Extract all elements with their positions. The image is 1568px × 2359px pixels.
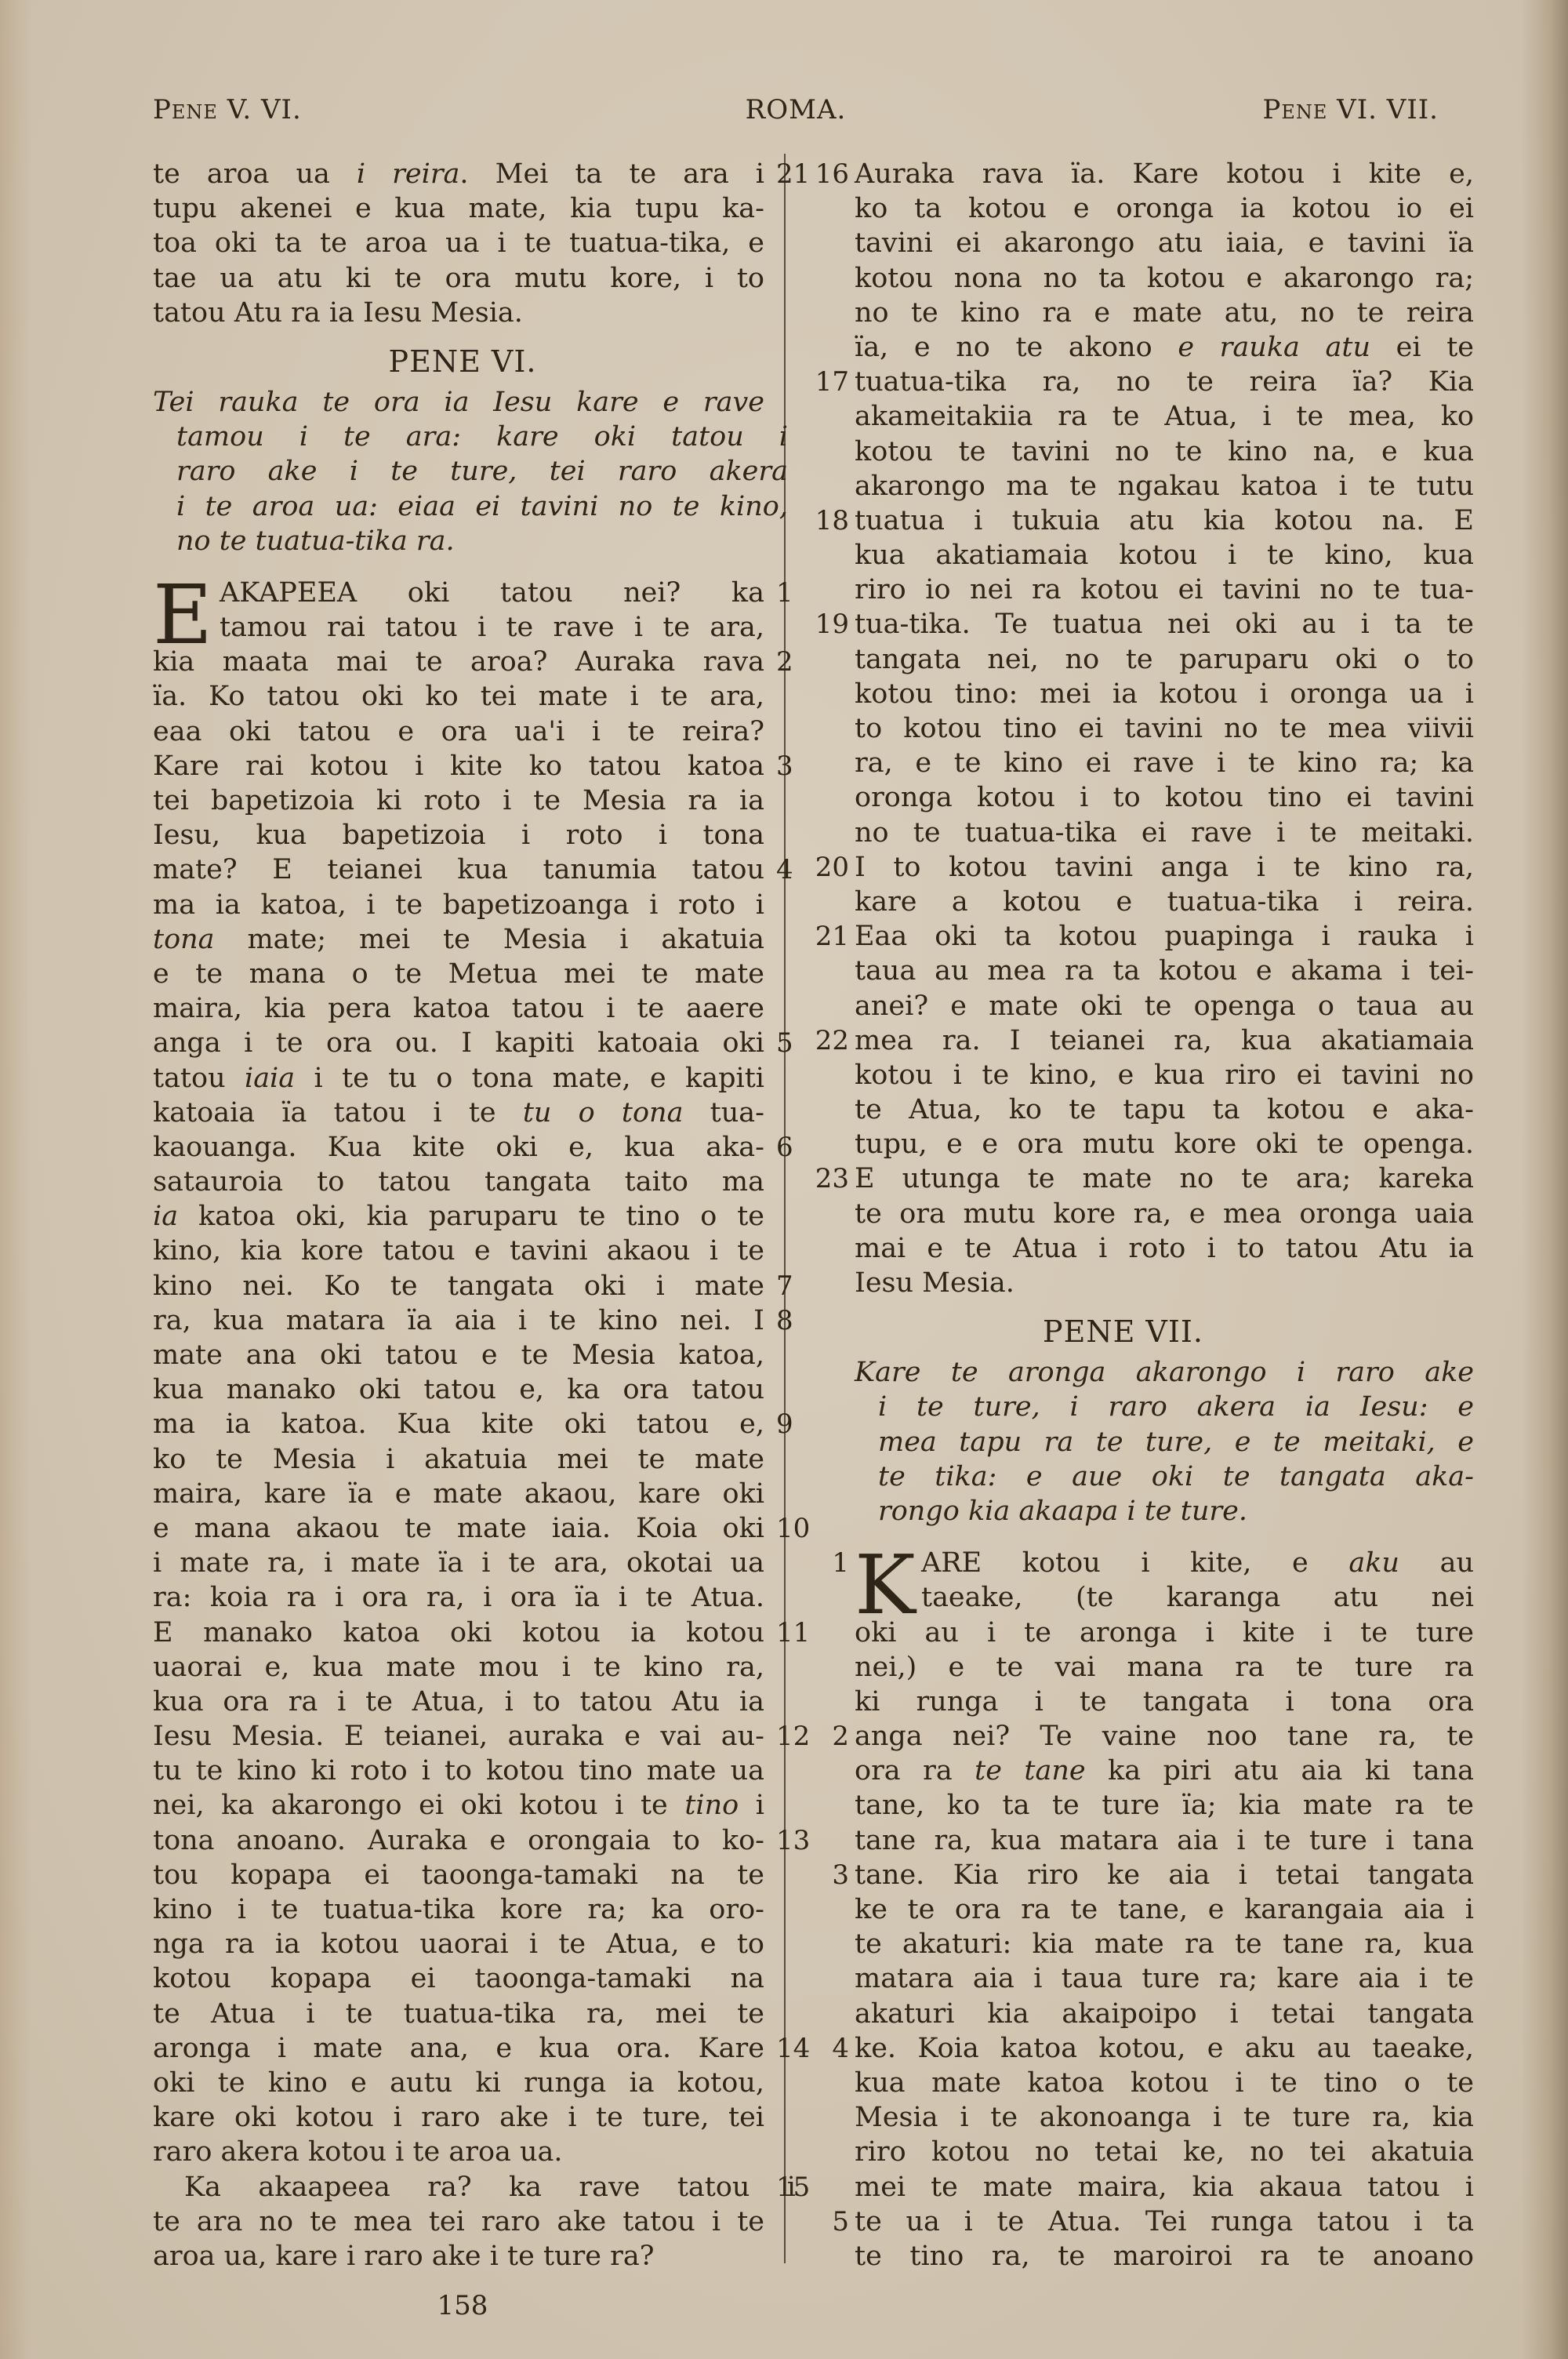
verse-number: 22 (806, 1023, 849, 1058)
text-line: uaorai e, kua mate mou i te kino ra, (153, 1650, 772, 1685)
text-line: te ora mutu kore ra, e mea oronga uaia (808, 1197, 1439, 1231)
text-line: ko te Mesia i akatuia mei te mate (153, 1442, 772, 1477)
text-line: te Atua, ko te tapu ta kotou e aka- (808, 1092, 1439, 1127)
text-line: I to kotou tavini anga i te kino ra,20 (808, 850, 1439, 885)
text-line: tona anoano. Auraka e orongaia to ko-13 (153, 1823, 772, 1858)
text-line: taua au mea ra ta kotou e akama i tei- (808, 954, 1439, 988)
page-number: 158 (153, 2290, 772, 2321)
text-line: kua ora ra i te Atua, i to tatou Atu ia (153, 1685, 772, 1719)
text-line: te aroa ua i reira. Mei ta te ara i21 (153, 157, 772, 191)
text-line: anei? e mate oki te openga o taua au (808, 989, 1439, 1023)
chapter-heading-7: PENE VII. (808, 1300, 1439, 1355)
summary-line: i te aroa ua: eiaa ei tavini no te kino, (153, 489, 772, 524)
book-page-spread: Pene V. VI. ROMA. Pene VI. VII. te aroa … (0, 0, 1568, 2359)
text-line: ïa. Ko tatou oki ko tei mate i te ara, (153, 679, 772, 714)
text-line: kotou i te kino, e kua riro ei tavini no (808, 1058, 1439, 1092)
text-line: kua manako oki tatou e, ka ora tatou (153, 1372, 772, 1407)
verse-number: 23 (806, 1161, 849, 1196)
text-line: kino, kia kore tatou e tavini akaou i te (153, 1234, 772, 1268)
text-line: kia maata mai te aroa? Auraka rava2 (153, 645, 772, 679)
chapter7-text: KARE kotou i kite, e aku au1taeake, (te … (808, 1546, 1439, 2274)
text-line: tane ra, kua matara aia i te ture i tana (808, 1823, 1439, 1858)
chapter7-summary: Kare te aronga akarongo i raro akei te t… (808, 1355, 1439, 1528)
text-line: EAKAPEEA oki tatou nei? ka1 (153, 576, 772, 610)
text-line: mate? E teianei kua tanumia tatou4 (153, 852, 772, 887)
text-line: katoaia ïa tatou i te tu o tona tua- (153, 1096, 772, 1130)
text-line: kino i te tuatua-tika kore ra; ka oro- (153, 1892, 772, 1927)
verse-number: 3 (806, 1858, 849, 1892)
text-line: ra, kua matara ïa aia i te kino nei. I8 (153, 1303, 772, 1338)
text-line: kua akatiamaia kotou i te kino, kua (808, 538, 1439, 572)
text-line: nei, ka akarongo ei oki kotou i te tino … (153, 1788, 772, 1823)
text-line: te Atua i te tuatua-tika ra, mei te (153, 1997, 772, 2031)
text-line: Eaa oki ta kotou puapinga i rauka i21 (808, 919, 1439, 954)
text-line: mate ana oki tatou e te Mesia katoa, (153, 1338, 772, 1372)
italic-word: ia (153, 1201, 178, 1232)
verse-number: 16 (806, 157, 849, 191)
running-head-right: Pene VI. VII. (1262, 94, 1439, 125)
verse-number: 4 (806, 2031, 849, 2066)
text-line: E utunga te mate no te ara; kareka23 (808, 1161, 1439, 1196)
text-line: kotou tino: mei ia kotou i oronga ua i (808, 677, 1439, 711)
text-line: akaturi kia akaipoipo i tetai tangata (808, 1997, 1439, 2031)
text-line: mai e te Atua i roto i to tatou Atu ia (808, 1231, 1439, 1266)
text-line: i mate ra, i mate ïa i te ara, okotai ua (153, 1546, 772, 1580)
summary-line: Kare te aronga akarongo i raro ake (808, 1355, 1439, 1390)
summary-line: rongo kia akaapa i te ture. (808, 1494, 1439, 1528)
text-line: oronga kotou i to kotou tino ei tavini (808, 780, 1439, 815)
text-line: oki au i te aronga i kite i te ture (808, 1616, 1439, 1650)
text-line: nei,) e te vai mana ra te ture ra (808, 1650, 1439, 1685)
text-line: tua-tika. Te tuatua nei oki au i ta te19 (808, 607, 1439, 642)
text-line: aroa ua, kare i raro ake i te ture ra? (153, 2239, 772, 2274)
text-line: eaa oki tatou e ora ua'i i te reira? (153, 714, 772, 749)
text-line: ra: koia ra i ora ra, i ora ïa i te Atua… (153, 1580, 772, 1615)
chapter5-continuation: te aroa ua i reira. Mei ta te ara i21tup… (153, 157, 772, 330)
text-line: Kare rai kotou i kite ko tatou katoa3 (153, 749, 772, 783)
text-line: kaouanga. Kua kite oki e, kua aka-6 (153, 1130, 772, 1165)
text-line: kotou nona no ta kotou e akarongo ra; (808, 261, 1439, 296)
text-line: Iesu, kua bapetizoia i roto i tona (153, 818, 772, 852)
italic-word: i reira (357, 158, 460, 190)
text-line: ma ia katoa, i te bapetizoanga i roto i (153, 888, 772, 922)
text-line: ke. Koia katoa kotou, e aku au taeake,4 (808, 2031, 1439, 2066)
text-line: kare a kotou e tuatua-tika i reira. (808, 885, 1439, 919)
italic-word: tu o tona (523, 1097, 684, 1129)
text-line: te ua i te Atua. Tei runga tatou i ta5 (808, 2205, 1439, 2239)
running-head: Pene V. VI. ROMA. Pene VI. VII. (153, 94, 1439, 133)
chapter6-summary: Tei rauka te ora ia Iesu kare e ravetamo… (153, 385, 772, 558)
text-line: tou kopapa ei taoonga-tamaki na te (153, 1858, 772, 1892)
text-line: tupu akenei e kua mate, kia tupu ka- (153, 191, 772, 226)
verse-number: 5 (806, 2205, 849, 2239)
verse-number: 20 (806, 850, 849, 885)
text-line: tae ua atu ki te ora mutu kore, i to (153, 261, 772, 296)
text-line: riro io nei ra kotou ei tavini no te tua… (808, 572, 1439, 607)
text-line: aronga i mate ana, e kua ora. Kare14 (153, 2031, 772, 2066)
text-line: tangata nei, no te paruparu oki o to (808, 642, 1439, 677)
text-line: satauroia to tatou tangata taito ma (153, 1165, 772, 1199)
text-line: mea ra. I teianei ra, kua akatiamaia22 (808, 1023, 1439, 1058)
verse-number: 17 (806, 365, 849, 399)
text-line: akarongo ma te ngakau katoa i te tutu (808, 469, 1439, 503)
running-head-book-title: ROMA. (153, 94, 1439, 125)
summary-line: tamou i te ara: kare oki tatou i (153, 420, 772, 454)
text-line: e te mana o te Metua mei te mate (153, 957, 772, 991)
chapter6-text: EAKAPEEA oki tatou nei? ka1tamou rai tat… (153, 576, 772, 2274)
verse-number: 1 (806, 1546, 849, 1580)
text-line: tane. Kia riro ke aia i tetai tangata3 (808, 1858, 1439, 1892)
verse-number: 21 (806, 919, 849, 954)
text-line: KARE kotou i kite, e aku au1 (808, 1546, 1439, 1580)
text-line: tuatua i tukuia atu kia kotou na. E18 (808, 503, 1439, 538)
text-line: te tino ra, te maroiroi ra te anoano (808, 2239, 1439, 2274)
text-line: tamou rai tatou i te rave i te ara, (153, 610, 772, 645)
text-line: Ka akaapeea ra? ka rave tatou i15 (153, 2170, 772, 2205)
text-line: ia katoa oki, kia paruparu te tino o te (153, 1199, 772, 1234)
text-line: kotou kopapa ei taoonga-tamaki na (153, 1961, 772, 1996)
text-line: anga nei? Te vaine noo tane ra, te2 (808, 1719, 1439, 1754)
text-line: toa oki ta te aroa ua i te tuatua-tika, … (153, 226, 772, 260)
text-line: raro akera kotou i te aroa ua. (153, 2135, 772, 2169)
italic-word: aku (1348, 1547, 1399, 1579)
text-line: ko ta kotou e oronga ia kotou io ei (808, 191, 1439, 226)
chapter6-text-continued: Auraka rava ïa. Kare kotou i kite e,16ko… (808, 157, 1439, 1300)
text-line: tei bapetizoia ki roto i te Mesia ra ia (153, 783, 772, 818)
text-line: Iesu Mesia. E teianei, auraka e vai au-1… (153, 1719, 772, 1754)
text-line: no te tuatua-tika ei rave i te meitaki. (808, 816, 1439, 850)
verse-number: 18 (806, 503, 849, 538)
text-line: ora ra te tane ka piri atu aia ki tana (808, 1754, 1439, 1788)
text-line: ma ia katoa. Kua kite oki tatou e,9 (153, 1407, 772, 1441)
italic-word: iaia (245, 1063, 295, 1094)
summary-line: raro ake i te ture, tei raro akera (153, 454, 772, 489)
text-line: oki te kino e autu ki runga ia kotou, (153, 2066, 772, 2100)
text-line: kua mate katoa kotou i te tino o te (808, 2066, 1439, 2100)
text-line: akameitakiia ra te Atua, i te mea, ko (808, 399, 1439, 434)
text-line: Auraka rava ïa. Kare kotou i kite e,16 (808, 157, 1439, 191)
text-line: tuatua-tika ra, no te reira ïa? Kia17 (808, 365, 1439, 399)
text-line: ra, e te kino ei rave i te kino ra; ka (808, 746, 1439, 780)
text-line: mei te mate maira, kia akaua tatou i (808, 2170, 1439, 2205)
text-line: tavini ei akarongo atu iaia, e tavini ïa (808, 226, 1439, 260)
page-shadow-left (0, 0, 31, 2359)
summary-line: Tei rauka te ora ia Iesu kare e rave (153, 385, 772, 420)
text-line: kare oki kotou i raro ake i te ture, tei (153, 2100, 772, 2135)
text-line: tu te kino ki roto i to kotou tino mate … (153, 1754, 772, 1788)
text-line: tatou Atu ra ia Iesu Mesia. (153, 296, 772, 330)
text-line: tatou iaia i te tu o tona mate, e kapiti (153, 1061, 772, 1096)
verse-number: 2 (806, 1719, 849, 1754)
text-line: maira, kia pera katoa tatou i te aaere (153, 991, 772, 1026)
text-line: Iesu Mesia. (808, 1266, 1439, 1300)
text-line: matara aia i taua ture ra; kare aia i te (808, 1961, 1439, 1996)
text-line: taeake, (te karanga atu nei (808, 1580, 1439, 1615)
text-line: anga i te ora ou. I kapiti katoaia oki5 (153, 1026, 772, 1060)
text-line: tupu, e e ora mutu kore oki te openga. (808, 1127, 1439, 1161)
text-line: tona mate; mei te Mesia i akatuia (153, 922, 772, 957)
text-line: to kotou tino ei tavini no te mea viivii (808, 711, 1439, 746)
text-line: te akaturi: kia mate ra te tane ra, kua (808, 1927, 1439, 1961)
chapter-heading-6: PENE VI. (153, 330, 772, 385)
text-line: ïa, e no te akono e rauka atu ei te (808, 330, 1439, 365)
italic-word: tino (684, 1790, 739, 1821)
text-line: kotou te tavini no te kino na, e kua (808, 434, 1439, 469)
text-line: no te kino ra e mate atu, no te reira (808, 296, 1439, 330)
text-line: e mana akaou te mate iaia. Koia oki10 (153, 1511, 772, 1546)
text-line: riro kotou no tetai ke, no tei akatuia (808, 2135, 1439, 2169)
verse-number: 19 (806, 607, 849, 642)
text-line: tane, ko ta te ture ïa; kia mate ra te (808, 1788, 1439, 1823)
text-line: ke te ora ra te tane, e karangaia aia i (808, 1892, 1439, 1927)
left-column: te aroa ua i reira. Mei ta te ara i21tup… (153, 157, 772, 2274)
italic-word: te tane (975, 1755, 1085, 1787)
text-line: ki runga i te tangata i tona ora (808, 1685, 1439, 1719)
summary-line: mea tapu ra te ture, e te meitaki, e (808, 1425, 1439, 1459)
text-line: Mesia i te akonoanga i te ture ra, kia (808, 2100, 1439, 2135)
text-line: maira, kare ïa e mate akaou, kare oki (153, 1477, 772, 1511)
italic-word: tona (153, 924, 215, 955)
page-shadow-right (1521, 0, 1568, 2359)
italic-word: e rauka atu (1178, 332, 1370, 363)
right-column: Auraka rava ïa. Kare kotou i kite e,16ko… (808, 157, 1439, 2274)
summary-line: no te tuatua-tika ra. (153, 524, 772, 558)
summary-line: te tika: e aue oki te tangata aka- (808, 1459, 1439, 1494)
summary-line: i te ture, i raro akera ia Iesu: e (808, 1390, 1439, 1424)
text-line: te ara no te mea tei raro ake tatou i te (153, 2205, 772, 2239)
text-line: kino nei. Ko te tangata oki i mate7 (153, 1269, 772, 1303)
text-line: nga ra ia kotou uaorai i te Atua, e to (153, 1927, 772, 1961)
text-line: E manako katoa oki kotou ia kotou11 (153, 1616, 772, 1650)
